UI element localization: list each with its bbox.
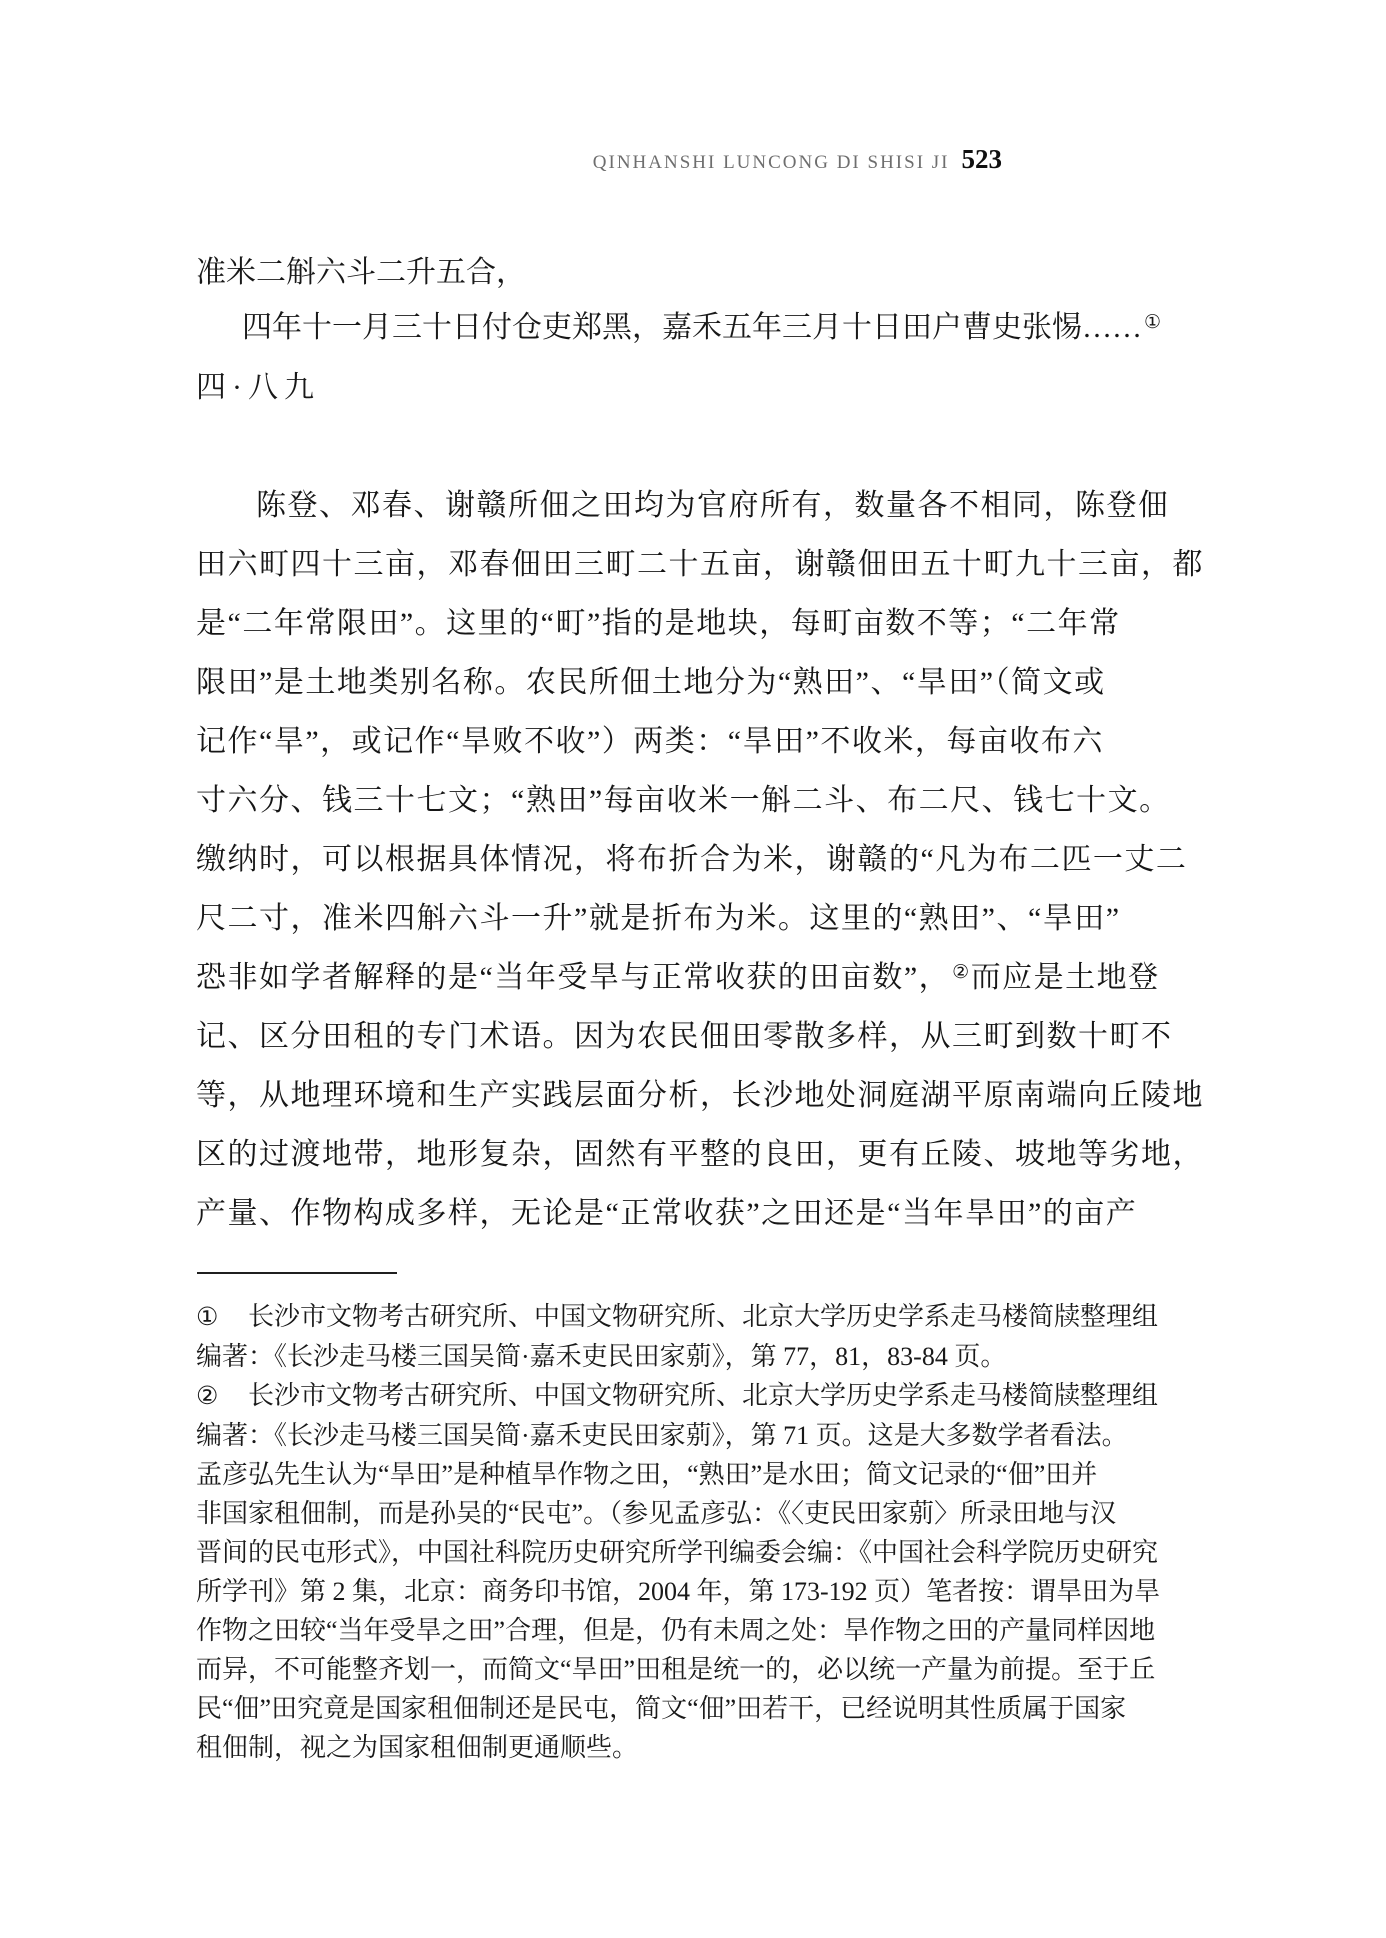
- footnote-line: 而异，不可能整齐划一，而简文“旱田”田租是统一的，必以统一产量为前提。至于丘: [196, 1650, 1216, 1689]
- footnote-line: 孟彦弘先生认为“旱田”是种植旱作物之田，“熟田”是水田；简文记录的“佃”田并: [196, 1455, 1216, 1494]
- body-line: 是“二年常限田”。这里的“町”指的是地块，每町亩数不等；“二年常: [196, 594, 1206, 653]
- footnote-line: ②长沙市文物考古研究所、中国文物研究所、北京大学历史学系走马楼简牍整理组: [196, 1376, 1216, 1416]
- page-number: 523: [962, 144, 1003, 174]
- footnote-line: 晋间的民屯形式》，中国社科院历史研究所学刊编委会编：《中国社会科学院历史研究: [196, 1533, 1216, 1572]
- quotation-block: 准米二斛六斗二升五合， 四年十一月三十日付仓吏郑黑，嘉禾五年三月十日田户曹史张惕…: [196, 245, 1206, 415]
- footnote-separator: [197, 1272, 397, 1274]
- book-page: QINHANSHI LUNCONG DI SHISI JI523 准米二斛六斗二…: [0, 0, 1386, 1938]
- footnote-text: 长沙市文物考古研究所、中国文物研究所、北京大学历史学系走马楼简牍整理组: [248, 1302, 1158, 1331]
- footnote-marker-2: ②: [196, 1377, 248, 1416]
- footnote-line: 所学刊》第 2 集，北京：商务印书馆，2004 年，第 173-192 页）笔者…: [196, 1572, 1216, 1611]
- footnote-marker-1: ①: [196, 1298, 248, 1337]
- body-line: 记、区分田租的专门术语。因为农民佃田零散多样，从三町到数十町不: [196, 1007, 1206, 1066]
- quote-line-2-text: 四年十一月三十日付仓吏郑黑，嘉禾五年三月十日田户曹史张惕……: [242, 311, 1142, 344]
- body-line: 陈登、邓春、谢赣所佃之田均为官府所有，数量各不相同，陈登佃: [196, 476, 1206, 535]
- quote-line-1: 准米二斛六斗二升五合，: [196, 245, 1206, 300]
- body-line-with-ref: 恐非如学者解释的是“当年受旱与正常收获的田亩数”，②而应是土地登: [196, 948, 1206, 1007]
- footnote-line: ①长沙市文物考古研究所、中国文物研究所、北京大学历史学系走马楼简牍整理组: [196, 1297, 1216, 1337]
- footnote-line: 民“佃”田究竟是国家租佃制还是民屯，简文“佃”田若干，已经说明其性质属于国家: [196, 1689, 1216, 1728]
- footnote-line: 作物之田较“当年受旱之田”合理，但是，仍有未周之处：旱作物之田的产量同样因地: [196, 1611, 1216, 1650]
- body-line: 限田”是土地类别名称。农民所佃土地分为“熟田”、“旱田”（简文或: [196, 653, 1206, 712]
- body-line: 记作“旱”，或记作“旱败不收”）两类：“旱田”不收米，每亩收布六: [196, 712, 1206, 771]
- body-line: 寸六分、钱三十七文；“熟田”每亩收米一斛二斗、布二尺、钱七十文。: [196, 771, 1206, 830]
- footnote-ref-2: ②: [952, 962, 971, 983]
- running-header-title: QINHANSHI LUNCONG DI SHISI JI: [593, 152, 950, 173]
- footnotes-section: ①长沙市文物考古研究所、中国文物研究所、北京大学历史学系走马楼简牍整理组 编著：…: [196, 1297, 1216, 1767]
- footnote-text: 长沙市文物考古研究所、中国文物研究所、北京大学历史学系走马楼简牍整理组: [248, 1381, 1158, 1410]
- body-line-text: 恐非如学者解释的是“当年受旱与正常收获的田亩数”，: [196, 961, 950, 994]
- slip-number-line: 四·八九: [196, 360, 1206, 415]
- footnote-ref-1: ①: [1144, 312, 1161, 333]
- running-header: QINHANSHI LUNCONG DI SHISI JI523: [593, 144, 1002, 175]
- quote-line-2: 四年十一月三十日付仓吏郑黑，嘉禾五年三月十日田户曹史张惕……①: [196, 300, 1206, 355]
- body-line: 区的过渡地带，地形复杂，固然有平整的良田，更有丘陵、坡地等劣地，: [196, 1125, 1206, 1184]
- body-line-text: 而应是土地登: [971, 961, 1160, 994]
- footnote-1: ①长沙市文物考古研究所、中国文物研究所、北京大学历史学系走马楼简牍整理组 编著：…: [196, 1297, 1216, 1376]
- main-paragraph: 陈登、邓春、谢赣所佃之田均为官府所有，数量各不相同，陈登佃 田六町四十三亩，邓春…: [196, 476, 1206, 1243]
- body-line: 缴纳时，可以根据具体情况，将布折合为米，谢赣的“凡为布二匹一丈二: [196, 830, 1206, 889]
- footnote-2: ②长沙市文物考古研究所、中国文物研究所、北京大学历史学系走马楼简牍整理组 编著：…: [196, 1376, 1216, 1767]
- footnote-line: 非国家租佃制，而是孙吴的“民屯”。（参见孟彦弘：《〈吏民田家莂〉所录田地与汉: [196, 1494, 1216, 1533]
- body-line: 尺二寸，准米四斛六斗一升”就是折布为米。这里的“熟田”、“旱田”: [196, 889, 1206, 948]
- footnote-line: 编著：《长沙走马楼三国吴简·嘉禾吏民田家莂》，第 71 页。这是大多数学者看法。: [196, 1416, 1216, 1455]
- body-line: 产量、作物构成多样，无论是“正常收获”之田还是“当年旱田”的亩产: [196, 1184, 1206, 1243]
- footnote-line: 编著：《长沙走马楼三国吴简·嘉禾吏民田家莂》，第 77，81，83-84 页。: [196, 1337, 1216, 1376]
- footnote-line: 租佃制，视之为国家租佃制更通顺些。: [196, 1728, 1216, 1767]
- body-line: 田六町四十三亩，邓春佃田三町二十五亩，谢赣佃田五十町九十三亩，都: [196, 535, 1206, 594]
- body-line: 等，从地理环境和生产实践层面分析，长沙地处洞庭湖平原南端向丘陵地: [196, 1066, 1206, 1125]
